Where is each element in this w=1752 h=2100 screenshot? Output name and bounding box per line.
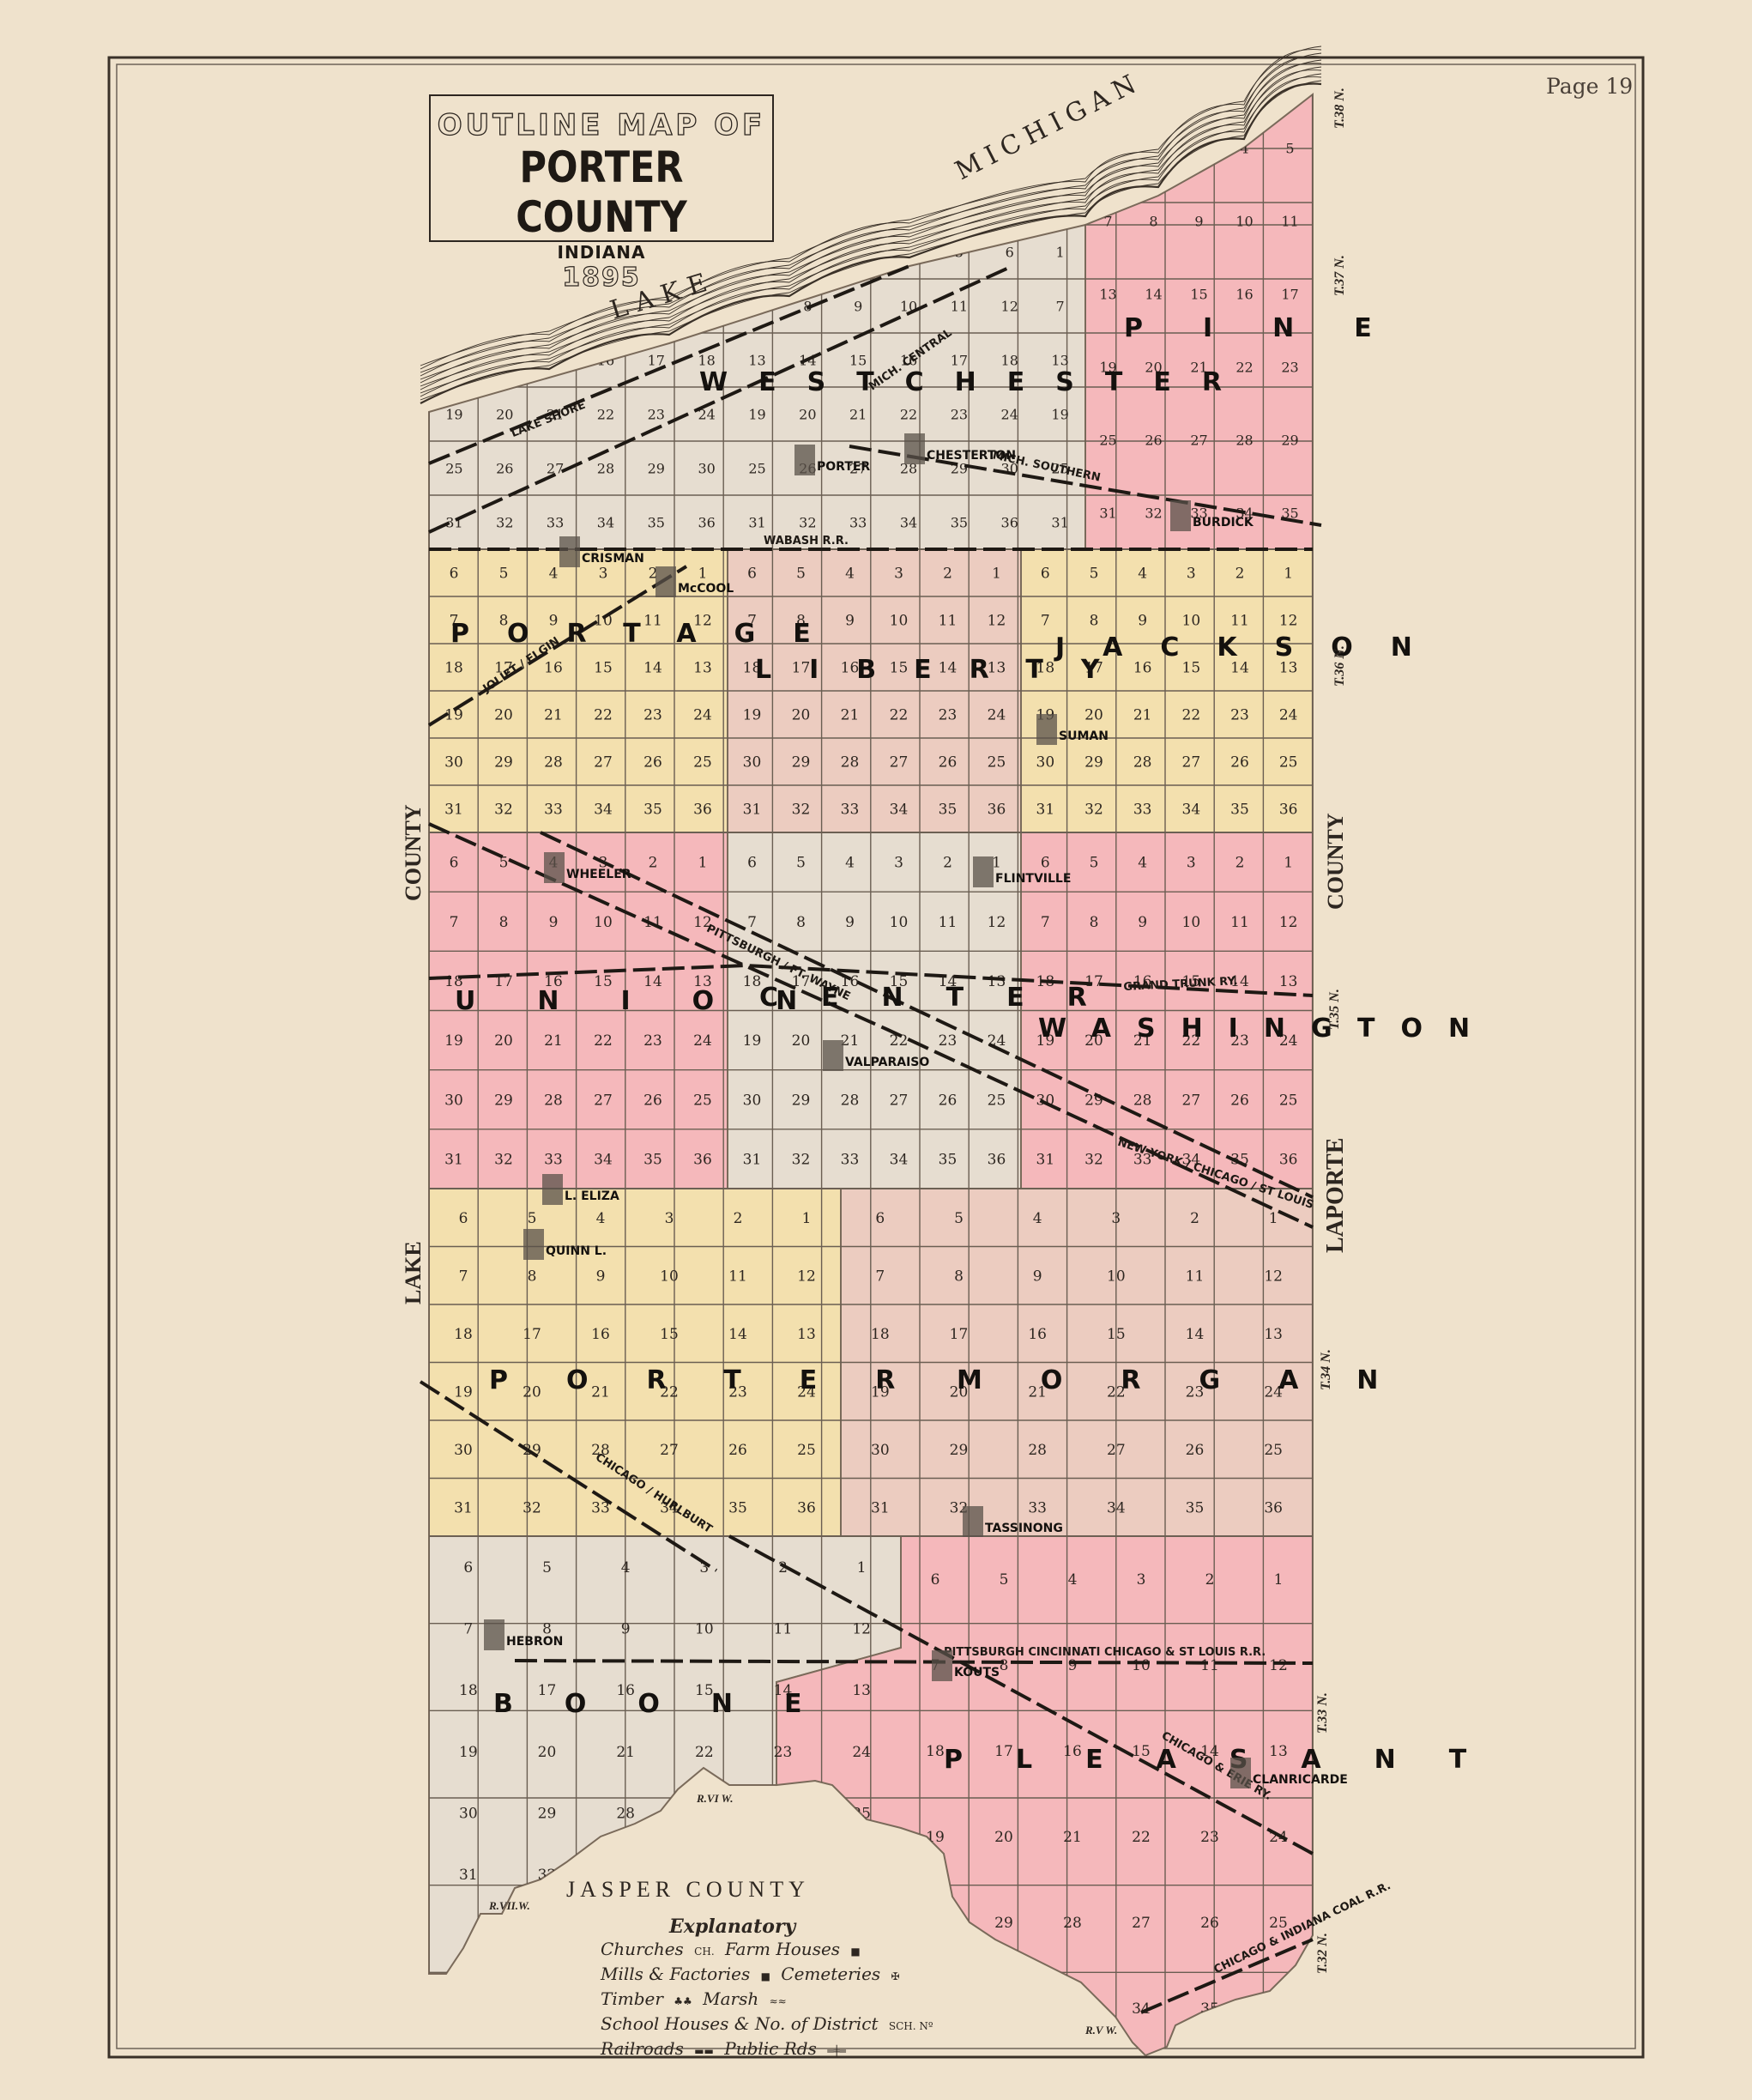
section-number: 34 [890, 802, 909, 819]
section-number: 33 [1063, 2000, 1082, 2018]
section-number: 16 [591, 1326, 610, 1343]
range-t36n: T.36 N. [1332, 645, 1347, 687]
section-number: 33 [544, 802, 563, 819]
section-number: 33 [1028, 1499, 1047, 1516]
range-r6w: R.VI W. [696, 1792, 734, 1805]
section-number: 36 [693, 1151, 712, 1168]
section-number: 7 [463, 1621, 473, 1638]
legend-marsh-label: Marsh [703, 1988, 758, 2009]
section-number: 26 [496, 461, 513, 477]
section-number: 18 [698, 353, 715, 369]
section-number: 31 [454, 1499, 473, 1516]
section-number: 9 [1194, 214, 1203, 230]
right-county-upper: COUNTY [1323, 813, 1348, 910]
section-number: 7 [1041, 914, 1050, 931]
section-number: 11 [939, 914, 958, 931]
section-number: 6 [450, 855, 459, 872]
legend-farmhouses-label: Farm Houses [725, 1939, 840, 1959]
section-number: 1 [698, 855, 708, 872]
town-block [484, 1619, 504, 1650]
railroad-label: WABASH R.R. [764, 535, 849, 548]
section-number: 20 [994, 1829, 1013, 1846]
section-number: 13 [693, 660, 712, 677]
section-number: 7 [752, 299, 761, 315]
legend-explanatory: Explanatory Churches CH. Farm Houses ■ M… [601, 1915, 995, 2062]
section-number: 1 [857, 1559, 867, 1577]
section-number: 27 [890, 754, 909, 772]
section-number: 32 [1084, 802, 1103, 819]
section-number: 20 [494, 1032, 513, 1050]
section-number: 22 [1132, 1829, 1151, 1846]
section-number: 36 [988, 1151, 1006, 1168]
section-number: 10 [890, 613, 909, 630]
section-number: 2 [734, 1210, 743, 1227]
range-t34n: T.34 N. [1319, 1349, 1333, 1390]
section-number: 27 [1132, 1915, 1151, 1932]
section-number: 5 [1090, 855, 1099, 872]
map-title: PORTER COUNTY [455, 142, 748, 242]
section-number: 26 [1230, 1092, 1249, 1109]
section-number: 7 [459, 1268, 468, 1285]
section-number: 5 [796, 566, 806, 583]
town-block [1036, 714, 1057, 745]
section-number: 3 [1137, 1571, 1146, 1589]
section-number: 32 [994, 2000, 1013, 2018]
section-number: 12 [988, 613, 1006, 630]
town-block [932, 1650, 952, 1681]
section-number: 26 [939, 1092, 958, 1109]
section-number: 3 [894, 566, 903, 583]
section-number: 32 [496, 515, 513, 531]
title-cartouche: OUTLINE MAP OF PORTER COUNTY INDIANA 189… [429, 94, 774, 242]
township-label: WESTCHESTER [699, 367, 1253, 397]
section-number: 27 [1182, 1092, 1201, 1109]
section-number: 8 [499, 914, 509, 931]
section-number: 27 [890, 1092, 909, 1109]
section-number: 19 [454, 1383, 473, 1401]
section-number: 31 [1099, 505, 1116, 522]
legend-title: Explanatory [601, 1915, 995, 1938]
section-number: 20 [799, 407, 816, 423]
section-number: 19 [1051, 407, 1068, 423]
town-label: L. ELIZA [565, 1189, 619, 1203]
section-number: 9 [1138, 613, 1147, 630]
section-number: 1 [698, 566, 708, 583]
section-number: 23 [1281, 360, 1298, 376]
township-label: WASHINGTON [1038, 1014, 1495, 1044]
section-number: 24 [693, 707, 712, 724]
section-number: 21 [616, 1744, 635, 1761]
section-number: 11 [939, 613, 958, 630]
section-number: 26 [774, 1806, 793, 1823]
section-number: 9 [621, 1621, 631, 1638]
section-number: 3 [665, 1210, 674, 1227]
section-number: 9 [596, 1268, 606, 1285]
legend-mills-label: Mills & Factories [601, 1964, 750, 1984]
section-number: 14 [643, 660, 662, 677]
range-r7w: R.VII.W. [488, 1899, 530, 1912]
section-number: 4 [549, 566, 559, 583]
section-number: 4 [1138, 566, 1147, 583]
section-number: 35 [939, 802, 958, 819]
section-number: 26 [728, 1442, 747, 1459]
section-number: 25 [1264, 1442, 1283, 1459]
section-number: 18 [454, 1326, 473, 1343]
section-number: 18 [871, 1326, 890, 1343]
town-label: TASSINONG [985, 1522, 1063, 1535]
section-number: 16 [1235, 287, 1253, 303]
town-label: McCOOL [678, 582, 734, 596]
section-number: 31 [1051, 515, 1068, 531]
section-number: 11 [1200, 1657, 1219, 1674]
town-block [1230, 1758, 1251, 1788]
section-number: 12 [1264, 1268, 1283, 1285]
township-label: PORTAGE [450, 619, 849, 649]
section-number: 11 [1186, 1268, 1205, 1285]
church-icon: CH. [694, 1940, 714, 1963]
section-number: 4 [845, 566, 855, 583]
section-number: 18 [459, 1682, 478, 1699]
section-number: 19 [459, 1744, 478, 1761]
section-number: 30 [454, 1442, 473, 1459]
map-canvas: 6543217891011121817161514131920212223243… [0, 0, 1752, 2100]
section-number: 26 [643, 754, 662, 772]
section-number: 11 [728, 1268, 747, 1285]
section-number: 34 [594, 1151, 613, 1168]
section-number: 12 [1279, 613, 1298, 630]
section-number: 32 [792, 802, 811, 819]
section-number: 1 [1284, 566, 1293, 583]
section-number: 25 [988, 1092, 1006, 1109]
section-number: 30 [698, 461, 715, 477]
section-number: 11 [951, 299, 968, 315]
section-number: 30 [871, 1442, 890, 1459]
section-number: 12 [988, 914, 1006, 931]
section-number: 6 [931, 1571, 940, 1589]
section-number: 10 [1132, 1657, 1151, 1674]
cemetery-icon: ✠ [891, 1965, 900, 1988]
legend-schoolhouses-label: School Houses & No. of District [601, 2013, 879, 2034]
section-number: 36 [1264, 1499, 1283, 1516]
section-number: 8 [528, 1268, 537, 1285]
section-number: 19 [743, 1032, 762, 1050]
section-number: 36 [1001, 515, 1018, 531]
town-label: BURDICK [1193, 516, 1254, 530]
section-number: 28 [597, 461, 614, 477]
section-number: 21 [544, 1032, 563, 1050]
section-number: 21 [1063, 1829, 1082, 1846]
section-number: 33 [841, 802, 860, 819]
section-number: 6 [1041, 566, 1050, 583]
section-number: 25 [1279, 1092, 1298, 1109]
section-number: 2 [1235, 566, 1245, 583]
section-number: 9 [551, 299, 559, 315]
section-number: 23 [774, 1744, 793, 1761]
section-number: 35 [648, 515, 665, 531]
section-number: 23 [643, 707, 662, 724]
section-number: 23 [939, 1032, 958, 1050]
section-number: 4 [1033, 1210, 1042, 1227]
section-number: 27 [1190, 433, 1207, 449]
section-number: 24 [693, 1032, 712, 1050]
section-number: 19 [743, 707, 762, 724]
marsh-icon: ≈≈ [770, 1990, 787, 2012]
section-number: 32 [1145, 505, 1162, 522]
section-number: 28 [544, 754, 563, 772]
section-number: 31 [1036, 1151, 1055, 1168]
section-number: 5 [955, 245, 964, 261]
section-number: 9 [1138, 914, 1147, 931]
section-number: 11 [1230, 613, 1249, 630]
section-number: 13 [1099, 287, 1116, 303]
title-state: INDIANA [431, 242, 772, 263]
section-number: 36 [1269, 2000, 1288, 2018]
section-number: 25 [693, 1092, 712, 1109]
section-number: 10 [890, 914, 909, 931]
section-number: 26 [1186, 1442, 1205, 1459]
section-number: 18 [926, 1743, 945, 1760]
section-number: 18 [1001, 353, 1018, 369]
section-number: 25 [445, 461, 462, 477]
section-number: 10 [1235, 214, 1253, 230]
town-label: PORTER [817, 460, 870, 474]
section-number: 29 [1084, 1092, 1103, 1109]
section-number: 16 [1028, 1326, 1047, 1343]
town-label: FLINTVILLE [995, 872, 1071, 886]
town-block [973, 856, 994, 887]
section-number: 35 [728, 1499, 747, 1516]
section-number: 1 [1055, 245, 1064, 261]
section-number: 19 [926, 1829, 945, 1846]
section-number: 4 [621, 1559, 631, 1577]
section-number: 8 [954, 1268, 964, 1285]
section-number: 9 [1033, 1268, 1042, 1285]
section-number: 5 [499, 566, 509, 583]
section-number: 31 [444, 802, 463, 819]
section-number: 2 [1205, 1571, 1215, 1589]
section-number: 36 [693, 802, 712, 819]
section-number: 3 [1111, 1210, 1121, 1227]
page-number: Page 19 [1546, 74, 1633, 99]
section-number: 30 [459, 1806, 478, 1823]
section-number: 7 [1055, 299, 1064, 315]
section-number: 27 [660, 1442, 679, 1459]
section-number: 30 [444, 754, 463, 772]
section-number: 26 [1200, 1915, 1219, 1932]
section-number: 3 [894, 855, 903, 872]
section-number: 29 [494, 1092, 513, 1109]
section-number: 32 [1084, 1151, 1103, 1168]
section-number: 10 [594, 914, 613, 931]
section-number: 35 [1200, 2000, 1219, 2018]
section-number: 33 [547, 515, 564, 531]
section-number: 14 [1145, 287, 1162, 303]
section-number: 11 [1281, 214, 1298, 230]
section-number: 22 [1182, 707, 1201, 724]
section-number: 19 [444, 1032, 463, 1050]
town-label: KOUTS [954, 1666, 1000, 1679]
right-county-lower: LAPORTE [1322, 1138, 1349, 1253]
section-number: 29 [648, 461, 665, 477]
section-number: 9 [854, 299, 862, 315]
town-label: WHEELER [566, 868, 631, 881]
section-number: 20 [494, 707, 513, 724]
section-number: 36 [698, 515, 715, 531]
township-label: BOONE [493, 1689, 853, 1719]
legend-churches-label: Churches [601, 1939, 684, 1959]
section-number: 25 [748, 461, 765, 477]
section-number: 29 [1281, 433, 1298, 449]
section-number: 31 [1036, 802, 1055, 819]
town-block [655, 566, 676, 597]
section-number: 22 [890, 707, 909, 724]
township-label: JACKSON [1054, 632, 1450, 663]
section-number: 7 [450, 299, 458, 315]
michigan-label: MICHIGAN [951, 66, 1147, 186]
section-number: 36 [797, 1499, 816, 1516]
section-number: 30 [743, 1092, 762, 1109]
section-number: 17 [523, 1326, 541, 1343]
section-number: 1 [802, 1210, 812, 1227]
town-label: CHESTERTON [927, 449, 1016, 463]
section-number: 21 [841, 707, 860, 724]
section-number: 24 [1001, 407, 1018, 423]
section-number: 20 [496, 407, 513, 423]
section-number: 34 [1107, 1499, 1126, 1516]
map-page: 6543217891011121817161514131920212223243… [0, 0, 1752, 2100]
section-number: 32 [523, 1499, 541, 1516]
section-number: 34 [1182, 802, 1201, 819]
section-number: 14 [1186, 1326, 1205, 1343]
town-block [559, 536, 580, 567]
section-number: 24 [852, 1744, 871, 1761]
section-number: 8 [1000, 1657, 1009, 1674]
section-number: 25 [988, 754, 1006, 772]
section-number: 30 [743, 754, 762, 772]
section-number: 31 [459, 1867, 478, 1884]
section-number: 13 [852, 1682, 871, 1699]
section-number: 22 [695, 1744, 714, 1761]
town-block [904, 433, 925, 464]
section-number: 34 [890, 1151, 909, 1168]
section-number: 23 [1230, 707, 1249, 724]
section-number: 8 [500, 299, 509, 315]
section-number: 1 [1284, 855, 1293, 872]
section-number: 16 [544, 660, 563, 677]
range-t33n: T.33 N. [1315, 1692, 1330, 1734]
range-t37n: T.37 N. [1332, 255, 1347, 296]
town-block [794, 445, 815, 475]
section-number: 8 [796, 914, 806, 931]
section-number: 17 [951, 353, 968, 369]
section-number: 33 [1133, 802, 1152, 819]
section-number: 7 [450, 914, 459, 931]
section-number: 27 [1182, 754, 1201, 772]
town-label: SUMAN [1059, 729, 1109, 743]
section-number: 5 [954, 1210, 964, 1227]
section-number: 28 [1133, 754, 1152, 772]
section-number: 3 [1187, 566, 1196, 583]
section-number: 2 [943, 855, 952, 872]
title-line-1: OUTLINE MAP OF [431, 108, 772, 142]
farmhouse-icon: ■ [850, 1940, 860, 1963]
town-block [523, 1229, 544, 1260]
section-number: 2 [1235, 855, 1245, 872]
section-number: 6 [747, 566, 757, 583]
section-number: 26 [643, 1092, 662, 1109]
section-number: 11 [1230, 914, 1249, 931]
section-number: 21 [1133, 707, 1152, 724]
section-number: 3 [1187, 855, 1196, 872]
section-number: 6 [1006, 245, 1014, 261]
section-number: 4 [596, 1210, 606, 1227]
section-number: 8 [1090, 914, 1099, 931]
section-number: 28 [841, 754, 860, 772]
section-number: 12 [1279, 914, 1298, 931]
section-number: 4 [845, 855, 855, 872]
section-number: 9 [1068, 1657, 1078, 1674]
section-number: 6 [450, 566, 459, 583]
section-number: 23 [1200, 1829, 1219, 1846]
township-label: MORGAN [957, 1365, 1436, 1395]
section-number: 11 [774, 1621, 793, 1638]
section-number: 10 [1107, 1268, 1126, 1285]
section-number: 17 [1281, 287, 1298, 303]
section-number: 13 [1264, 1326, 1283, 1343]
left-county-upper: COUNTY [401, 804, 426, 901]
section-number: 26 [1145, 433, 1162, 449]
section-number: 19 [748, 407, 765, 423]
section-number: 17 [950, 1326, 969, 1343]
section-number: 33 [544, 1151, 563, 1168]
section-number: 2 [1149, 141, 1157, 157]
section-number: 4 [1138, 855, 1147, 872]
section-number: 23 [939, 707, 958, 724]
section-number: 1 [1103, 141, 1112, 157]
section-number: 6 [459, 1210, 468, 1227]
section-number: 19 [445, 407, 462, 423]
section-number: 14 [728, 1326, 747, 1343]
section-number: 12 [1269, 1657, 1288, 1674]
section-number: 20 [1084, 707, 1103, 724]
section-number: 15 [849, 353, 867, 369]
section-number: 7 [747, 914, 757, 931]
section-number: 6 [875, 1210, 885, 1227]
section-number: 36 [852, 1867, 871, 1884]
jasper-county-label: JASPER COUNTY [566, 1877, 810, 1902]
section-number: 31 [871, 1499, 890, 1516]
section-number: 26 [939, 754, 958, 772]
section-number: 2 [649, 855, 658, 872]
range-t35n: T.35 N. [1327, 989, 1342, 1030]
section-number: 13 [797, 1326, 816, 1343]
section-number: 35 [643, 802, 662, 819]
town-label: CRISMAN [582, 552, 644, 566]
schoolhouse-icon: SCH. Nº [889, 2015, 933, 2037]
section-number: 8 [1149, 214, 1157, 230]
section-number: 20 [792, 1032, 811, 1050]
section-number: 22 [594, 1032, 613, 1050]
section-number: 30 [1036, 754, 1055, 772]
section-number: 27 [695, 1806, 714, 1823]
section-number: 15 [660, 1326, 679, 1343]
section-number: 22 [594, 707, 613, 724]
section-number: 13 [748, 353, 765, 369]
section-number: 13 [1051, 353, 1068, 369]
railroad-label: PITTSBURGH CINCINNATI CHICAGO & ST LOUIS… [944, 1646, 1266, 1659]
section-number: 36 [988, 802, 1006, 819]
section-number: 10 [695, 1621, 714, 1638]
